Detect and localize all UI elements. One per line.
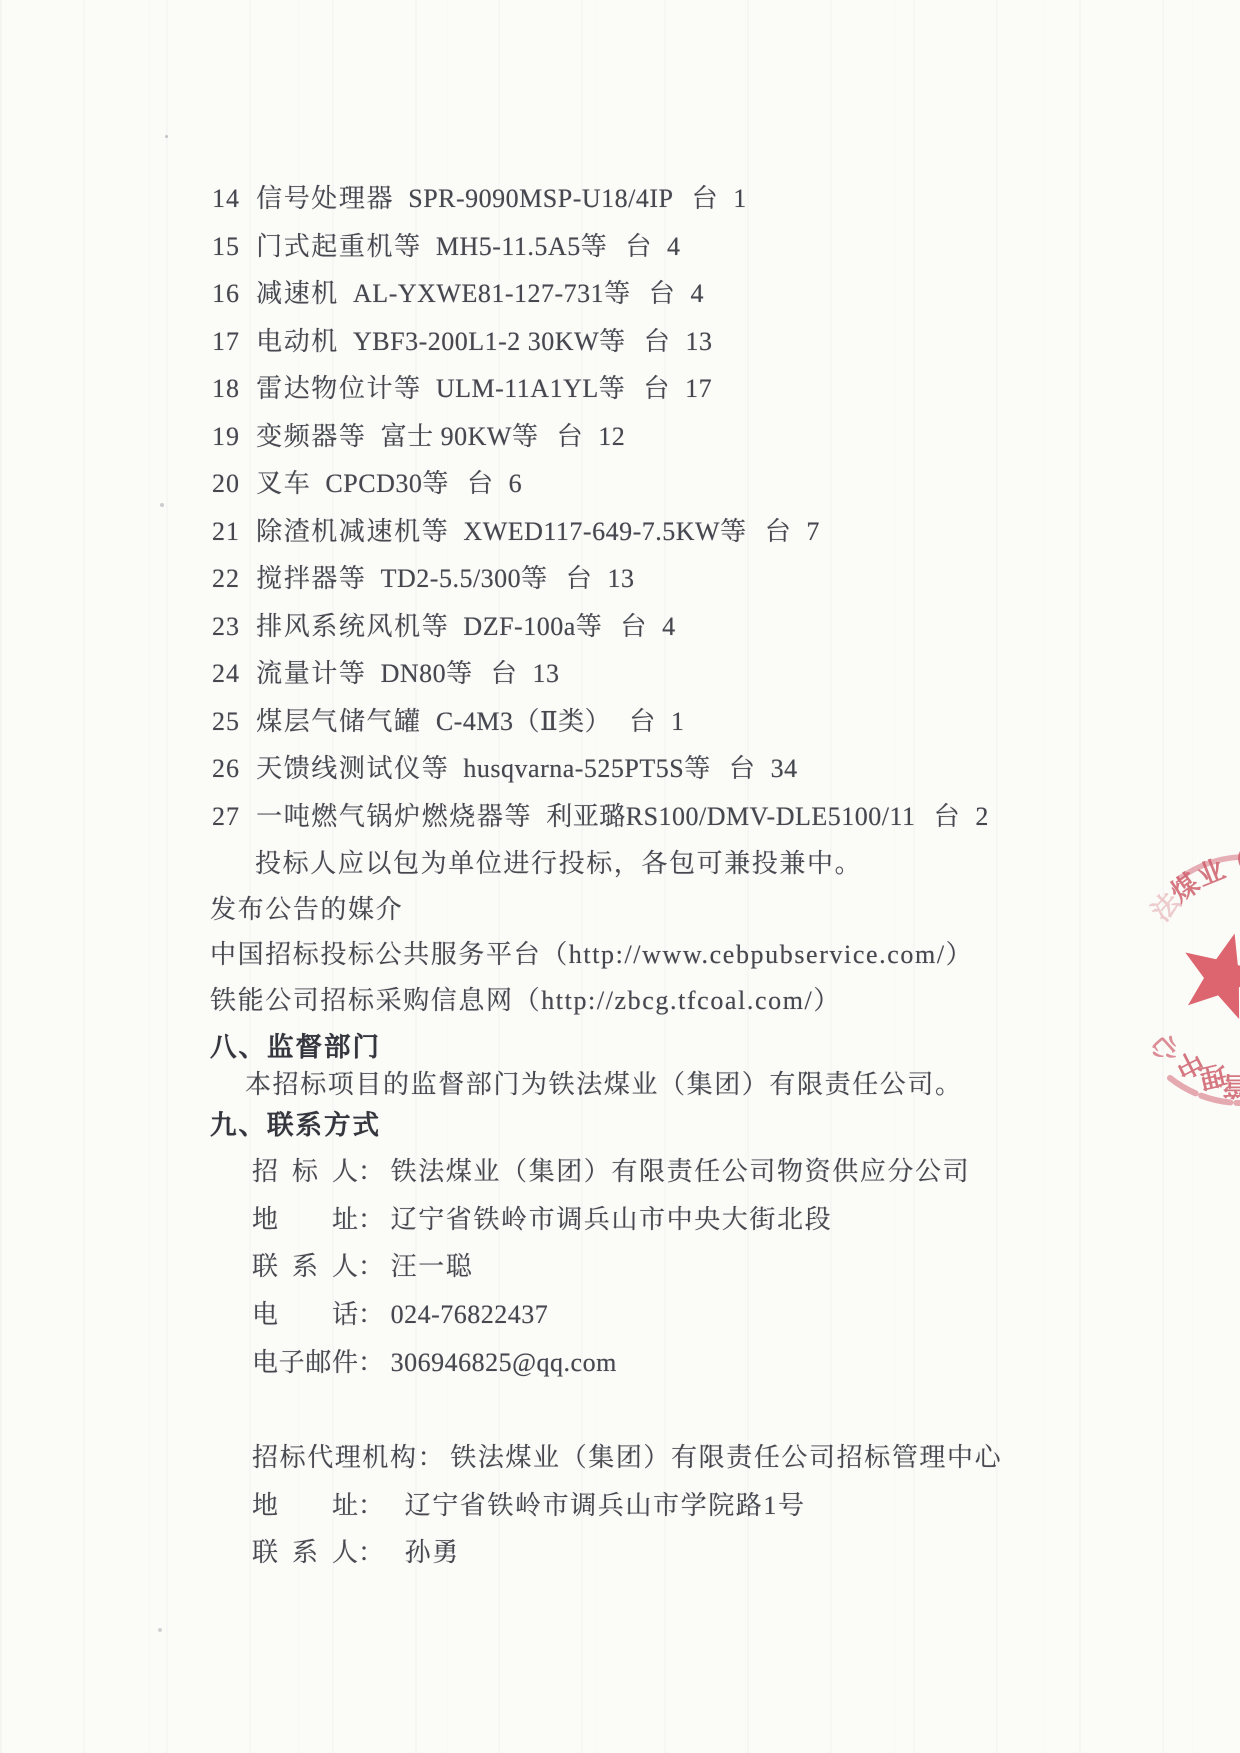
seal-ring-char: 管	[1223, 1070, 1240, 1101]
list-item: 17 电动机 YBF3-200L1-2 30KW等 台 13	[212, 328, 712, 356]
contact-label: 联系人	[252, 1539, 358, 1567]
seal-ring-char: 理	[1196, 1058, 1229, 1093]
item-name: 排风系统风机等	[256, 612, 449, 641]
contact-row-phone: 电话：024-76822437	[252, 1301, 548, 1329]
list-item: 15 门式起重机等 MH5-11.5A5等 台 4	[212, 233, 681, 261]
contact-row-tenderer: 招标人：铁法煤业（集团）有限责任公司物资供应分公司	[252, 1158, 970, 1186]
list-item: 26 天馈线测试仪等 husqvarna-525PT5S等 台 34	[212, 755, 798, 783]
item-name: 减速机	[256, 279, 339, 308]
contact-colon: ：	[358, 1491, 386, 1520]
contact-colon: ：	[358, 1252, 386, 1281]
media-heading: 发布公告的媒介	[210, 896, 403, 924]
item-unit: 台	[625, 232, 653, 261]
list-item: 24 流量计等 DN80等 台 13	[212, 660, 560, 688]
list-item: 21 除渣机减速机等 XWED117-649-7.5KW等 台 7	[212, 518, 820, 546]
item-model: TD2-5.5/300等	[381, 564, 548, 593]
item-no: 27	[212, 803, 248, 831]
contact-value: 辽宁省铁岭市调兵山市中央大街北段	[391, 1205, 833, 1234]
item-unit: 台	[644, 327, 672, 356]
contact-colon: ：	[358, 1538, 386, 1567]
section-heading-supervision: 八、监督部门	[210, 1033, 381, 1061]
list-item: 22 搅拌器等 TD2-5.5/300等 台 13	[212, 565, 635, 593]
scan-speck	[158, 1628, 162, 1632]
item-unit: 台	[729, 754, 757, 783]
item-unit: 台	[643, 374, 671, 403]
item-no: 23	[212, 613, 248, 641]
item-model: ULM-11A1YL等	[436, 374, 625, 403]
contact-value: 306946825@qq.com	[391, 1348, 617, 1377]
item-qty: 4	[690, 279, 704, 308]
item-name: 门式起重机等	[256, 232, 422, 261]
contact-label: 招标代理机构	[252, 1444, 418, 1472]
contact-row-agency: 招标代理机构：铁法煤业（集团）有限责任公司招标管理中心	[252, 1444, 1002, 1472]
item-name: 一吨燃气锅炉燃烧器等	[256, 802, 532, 831]
item-no: 19	[212, 423, 248, 451]
item-qty: 4	[667, 232, 681, 261]
item-no: 14	[212, 185, 248, 213]
item-model: XWED117-649-7.5KW等	[463, 517, 746, 546]
item-no: 26	[212, 755, 248, 783]
item-no: 25	[212, 708, 248, 736]
contact-row-agency-address: 地址：辽宁省铁岭市调兵山市学院路1号	[252, 1492, 806, 1520]
item-qty: 1	[671, 707, 685, 736]
contact-row-person: 联系人：汪一聪	[252, 1253, 473, 1281]
list-item: 27 一吨燃气锅炉燃烧器等 利亚璐RS100/DMV-DLE5100/11 台 …	[212, 803, 989, 831]
item-qty: 4	[662, 612, 676, 641]
item-model: SPR-9090MSP-U18/4IP	[408, 184, 673, 213]
contact-colon: ：	[358, 1300, 386, 1329]
seal-ring-char: 中	[1170, 1045, 1208, 1084]
item-unit: 台	[620, 612, 648, 641]
list-item: 23 排风系统风机等 DZF-100a等 台 4	[212, 613, 676, 641]
item-qty: 1	[733, 184, 747, 213]
star-icon	[1185, 934, 1240, 1020]
item-name: 信号处理器	[256, 184, 394, 213]
item-qty: 6	[509, 469, 523, 498]
item-unit: 台	[566, 564, 594, 593]
item-model: 富士 90KW等	[381, 422, 539, 451]
item-no: 20	[212, 470, 248, 498]
seal-ring-char: 法	[1146, 886, 1187, 927]
list-item: 18 雷达物位计等 ULM-11A1YL等 台 17	[212, 375, 712, 403]
item-name: 电动机	[256, 327, 339, 356]
item-name: 除渣机减速机等	[256, 517, 449, 546]
item-model: C-4M3（Ⅱ类）	[436, 707, 611, 736]
contact-label: 招标人	[252, 1158, 358, 1186]
item-name: 煤层气储气罐	[256, 707, 422, 736]
item-name: 雷达物位计等	[256, 374, 422, 403]
bid-note: 投标人应以包为单位进行投标，各包可兼投兼中。	[255, 850, 862, 878]
item-model: DZF-100a等	[463, 612, 602, 641]
item-unit: 台	[467, 469, 495, 498]
item-name: 变频器等	[256, 422, 366, 451]
contact-row-address: 地址：辽宁省铁岭市调兵山市中央大街北段	[252, 1206, 832, 1234]
contact-row-agency-person: 联系人：孙勇	[252, 1539, 460, 1567]
media-platform-line: 铁能公司招标采购信息网（http://zbcg.tfcoal.com/）	[210, 987, 841, 1015]
supervision-body: 本招标项目的监督部门为铁法煤业（集团）有限责任公司。	[245, 1071, 963, 1099]
contact-label: 电话	[252, 1301, 358, 1329]
item-no: 21	[212, 518, 248, 546]
section-heading-contact: 九、联系方式	[210, 1111, 381, 1139]
contact-row-email: 电子邮件：306946825@qq.com	[252, 1349, 617, 1377]
item-unit: 台	[692, 184, 720, 213]
contact-value: 铁法煤业（集团）有限责任公司招标管理中心	[450, 1443, 1002, 1472]
list-item: 14 信号处理器 SPR-9090MSP-U18/4IP 台 1	[212, 185, 747, 213]
seal-ring-char: 煤	[1165, 868, 1204, 908]
contact-colon: ：	[358, 1205, 386, 1234]
item-unit: 台	[649, 279, 677, 308]
item-unit: 台	[934, 802, 962, 831]
seal-rim-bottom-arc	[1170, 1078, 1240, 1103]
item-qty: 2	[975, 802, 989, 831]
seal-rim-top-arc	[1180, 857, 1240, 878]
list-item: 16 减速机 AL-YXWE81-127-731等 台 4	[212, 280, 704, 308]
contact-label: 地址	[252, 1492, 358, 1520]
item-name: 流量计等	[256, 659, 366, 688]
item-model: YBF3-200L1-2 30KW等	[353, 327, 626, 356]
item-qty: 17	[685, 374, 712, 403]
seal-ring-char: 心	[1144, 1028, 1185, 1069]
item-qty: 13	[533, 659, 560, 688]
item-qty: 7	[806, 517, 820, 546]
item-model: DN80等	[381, 659, 473, 688]
official-seal: 法 煤 业 （ 心 中 理 管	[1090, 830, 1240, 1130]
item-qty: 13	[685, 327, 712, 356]
item-no: 17	[212, 328, 248, 356]
contact-value: 辽宁省铁岭市调兵山市学院路1号	[391, 1491, 806, 1520]
contact-colon: ：	[418, 1443, 446, 1472]
item-no: 24	[212, 660, 248, 688]
scan-speck	[165, 135, 168, 138]
item-unit: 台	[557, 422, 585, 451]
item-no: 18	[212, 375, 248, 403]
list-item: 25 煤层气储气罐 C-4M3（Ⅱ类） 台 1	[212, 708, 684, 736]
item-model: AL-YXWE81-127-731等	[353, 279, 631, 308]
item-model: 利亚璐RS100/DMV-DLE5100/11	[546, 802, 915, 831]
contact-value: 024-76822437	[391, 1300, 549, 1329]
contact-value: 铁法煤业（集团）有限责任公司物资供应分公司	[391, 1157, 971, 1186]
list-item: 20 叉车 CPCD30等 台 6	[212, 470, 522, 498]
list-item: 19 变频器等 富士 90KW等 台 12	[212, 423, 625, 451]
contact-value: 孙勇	[391, 1538, 460, 1567]
item-qty: 12	[598, 422, 625, 451]
item-model: MH5-11.5A5等	[436, 232, 607, 261]
item-qty: 34	[771, 754, 798, 783]
scan-speck	[160, 503, 164, 507]
item-qty: 13	[608, 564, 635, 593]
contact-colon: ：	[358, 1348, 386, 1377]
item-model: husqvarna-525PT5S等	[463, 754, 710, 783]
item-name: 叉车	[256, 469, 311, 498]
item-no: 22	[212, 565, 248, 593]
contact-label: 地址	[252, 1206, 358, 1234]
contact-value: 汪一聪	[391, 1252, 474, 1281]
item-no: 15	[212, 233, 248, 261]
item-name: 天馈线测试仪等	[256, 754, 449, 783]
seal-ring-char: （	[1219, 846, 1240, 880]
item-name: 搅拌器等	[256, 564, 366, 593]
scanned-document-page: 14 信号处理器 SPR-9090MSP-U18/4IP 台 1 15 门式起重…	[0, 0, 1240, 1753]
item-unit: 台	[491, 659, 519, 688]
item-model: CPCD30等	[325, 469, 448, 498]
item-unit: 台	[629, 707, 657, 736]
contact-label: 电子邮件	[252, 1349, 358, 1377]
item-unit: 台	[765, 517, 793, 546]
media-platform-line: 中国招标投标公共服务平台（http://www.cebpubservice.co…	[210, 941, 973, 969]
seal-ring-char: 业	[1193, 854, 1229, 892]
contact-label: 联系人	[252, 1253, 358, 1281]
contact-colon: ：	[358, 1157, 386, 1186]
item-no: 16	[212, 280, 248, 308]
